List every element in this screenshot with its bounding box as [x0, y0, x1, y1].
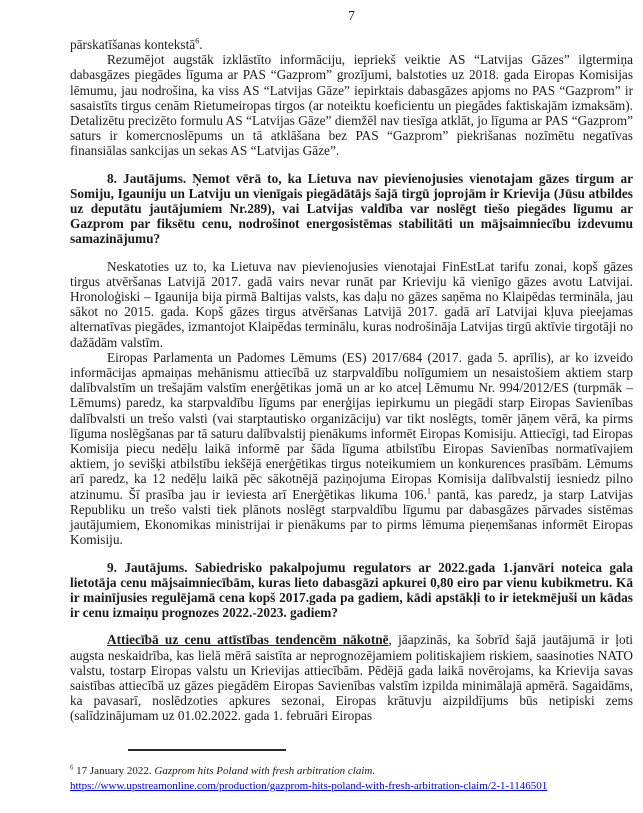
paragraph-spacer — [70, 620, 633, 632]
paragraph-summary: Rezumējot augstāk izklāstīto informāciju… — [70, 52, 633, 158]
page-number: 7 — [70, 8, 633, 24]
paragraph-continuation: pārskatīšanas kontekstā6. — [70, 37, 633, 52]
footnote-text: 6 17 January 2022. Gazprom hits Poland w… — [70, 764, 633, 793]
paragraph-spacer — [70, 159, 633, 171]
document-page: 7 pārskatīšanas kontekstā6. Rezumējot au… — [0, 0, 643, 813]
page-content: 7 pārskatīšanas kontekstā6. Rezumējot au… — [70, 8, 633, 724]
question-8-paragraph: 8. Jautājums. Ņemot vērā to, ka Lietuva … — [70, 171, 633, 247]
decision-text-before-sup: Eiropas Parlamenta un Padomes Lēmums (ES… — [70, 350, 633, 502]
footnote-source-title: Gazprom hits Poland with fresh arbitrati… — [154, 765, 375, 777]
question-9-paragraph: 9. Jautājums. Sabiedrisko pakalpojumu re… — [70, 560, 633, 621]
continuation-text: pārskatīšanas kontekstā — [70, 37, 195, 52]
continuation-period: . — [199, 37, 202, 52]
paragraph-spacer — [70, 247, 633, 259]
footnote-separator-rule — [128, 749, 286, 751]
paragraph-spacer — [70, 548, 633, 560]
paragraph-eu-decision: Eiropas Parlamenta un Padomes Lēmums (ES… — [70, 350, 633, 548]
footnote-date: 17 January 2022. — [73, 765, 154, 777]
footnote-area: 6 17 January 2022. Gazprom hits Poland w… — [70, 749, 633, 793]
outlook-lead-phrase: Attiecībā uz cenu attīstības tendencēm n… — [107, 632, 389, 647]
paragraph-price-outlook: Attiecībā uz cenu attīstības tendencēm n… — [70, 632, 633, 723]
paragraph-market-answer: Neskatoties uz to, ka Lietuva nav pievie… — [70, 259, 633, 350]
footnote-url-link[interactable]: https://www.upstreamonline.com/productio… — [70, 779, 547, 794]
